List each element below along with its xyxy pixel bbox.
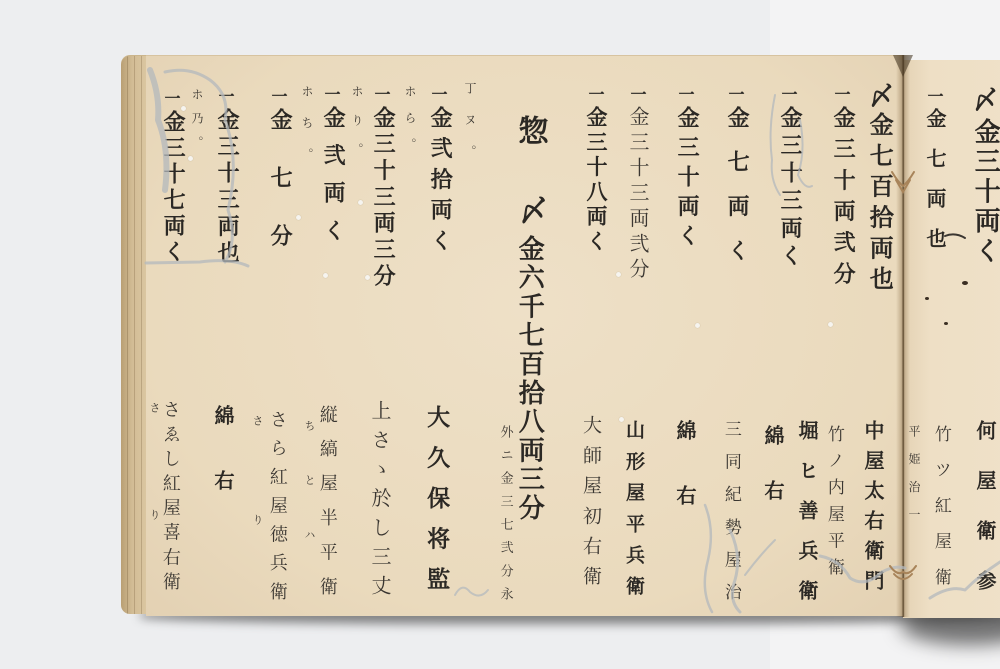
book-gutter <box>896 55 910 617</box>
item-mark: 一 <box>270 88 286 104</box>
item-mark: 一 <box>373 86 389 102</box>
worm-hole <box>296 215 301 220</box>
entry-amount: 金七分 <box>268 108 291 246</box>
page-stack-edge <box>121 55 149 614</box>
grand-total-note: 外ニ金三七弐分永 <box>498 425 512 600</box>
entry-amount: 金弐両く <box>321 106 344 241</box>
entry-amount: 金三十七両く <box>161 110 184 262</box>
merchant-name: 縦縞屋半平衛 <box>317 405 336 595</box>
grand-total-amount: 金六千七百拾八両三分 <box>515 235 542 520</box>
item-mark: 一 <box>323 86 339 102</box>
entry-label: ホら。 <box>404 85 416 150</box>
entry-amount: 金三十両く <box>675 106 698 246</box>
entry-amount: 金三十三両く <box>778 106 801 266</box>
worm-hole <box>619 417 624 422</box>
worm-hole <box>828 322 833 327</box>
merchant-name: 綿右 <box>212 405 233 490</box>
merchant-name: 三同紀勢屋治 <box>721 420 739 600</box>
merchant-name: 中屋太右衛門 <box>862 420 883 590</box>
item-mark: 一 <box>587 86 603 102</box>
entry-amount: 金三十三両弐分 <box>627 106 648 278</box>
worm-hole <box>616 272 621 277</box>
grand-total-heading: 惣〆 <box>514 115 546 225</box>
entry-amount: 金弐拾両く <box>428 106 451 251</box>
item-mark: 一 <box>926 88 942 104</box>
entry-amount: 金三十三両也 <box>215 108 238 263</box>
worm-hole <box>323 273 328 278</box>
merchant-name: 堀ヒ善兵衛 <box>796 420 817 600</box>
merchant-name: 大師屋初右衛 <box>580 415 600 585</box>
item-mark: 一 <box>163 90 179 106</box>
item-mark: 〆 <box>866 82 892 108</box>
merchant-name: 竹ツ紅屋衛 <box>931 425 949 585</box>
entry-amount: 金三十両弐分 <box>831 106 854 284</box>
item-mark: 一 <box>727 86 743 102</box>
merchant-name: 上さゝ於し三丈 <box>369 400 390 595</box>
entry-amount: 金七百拾両也 <box>867 112 892 290</box>
worm-hole <box>358 200 363 205</box>
merchant-side-note: ちとハ <box>304 420 315 540</box>
entry-label: ホり。 <box>351 85 363 155</box>
item-mark: 一 <box>217 88 233 104</box>
merchant-side-note: さり <box>149 402 160 520</box>
entry-amount: 金三十八両く <box>585 106 607 251</box>
worm-hole <box>181 106 186 111</box>
merchant-name: 何屋衛参 <box>974 420 995 590</box>
item-mark: 一 <box>629 86 645 102</box>
item-mark: 一 <box>833 86 849 102</box>
entry-label: ホ乃。 <box>191 88 203 148</box>
merchant-name: 綿右 <box>762 425 783 500</box>
worm-hole <box>188 156 193 161</box>
merchant-name: 平姫治一 <box>908 425 920 520</box>
entry-amount: 金三十両く <box>971 118 998 263</box>
entry-label: ホち。 <box>301 85 313 160</box>
entry-amount: 金三十三両三分 <box>371 106 394 286</box>
item-mark: 一 <box>677 86 693 102</box>
merchant-name: 山形屋平兵衛 <box>623 420 643 595</box>
merchant-name: 竹ノ内屋平衛 <box>824 425 842 575</box>
entry-amount: 金七両也 <box>924 108 945 248</box>
ink-speck <box>925 297 929 300</box>
entry-amount: 金七両く <box>725 106 748 261</box>
entry-label: 丁ヌ。 <box>464 82 476 157</box>
ink-speck <box>944 322 948 325</box>
gutter-notch <box>893 55 913 77</box>
item-mark: 〆 <box>970 86 996 112</box>
merchant-name: 綿右 <box>674 420 695 505</box>
ink-speck <box>962 281 968 285</box>
worm-hole <box>695 323 700 328</box>
merchant-name: さゑし紅屋喜右衛 <box>160 400 179 590</box>
merchant-name: さら紅屋徳兵衛 <box>267 410 286 600</box>
merchant-side-note: さり <box>252 415 263 525</box>
item-mark: 一 <box>780 86 796 102</box>
worm-hole <box>365 275 370 280</box>
item-mark: 一 <box>430 86 446 102</box>
merchant-name: 大久保将監 <box>424 405 448 590</box>
